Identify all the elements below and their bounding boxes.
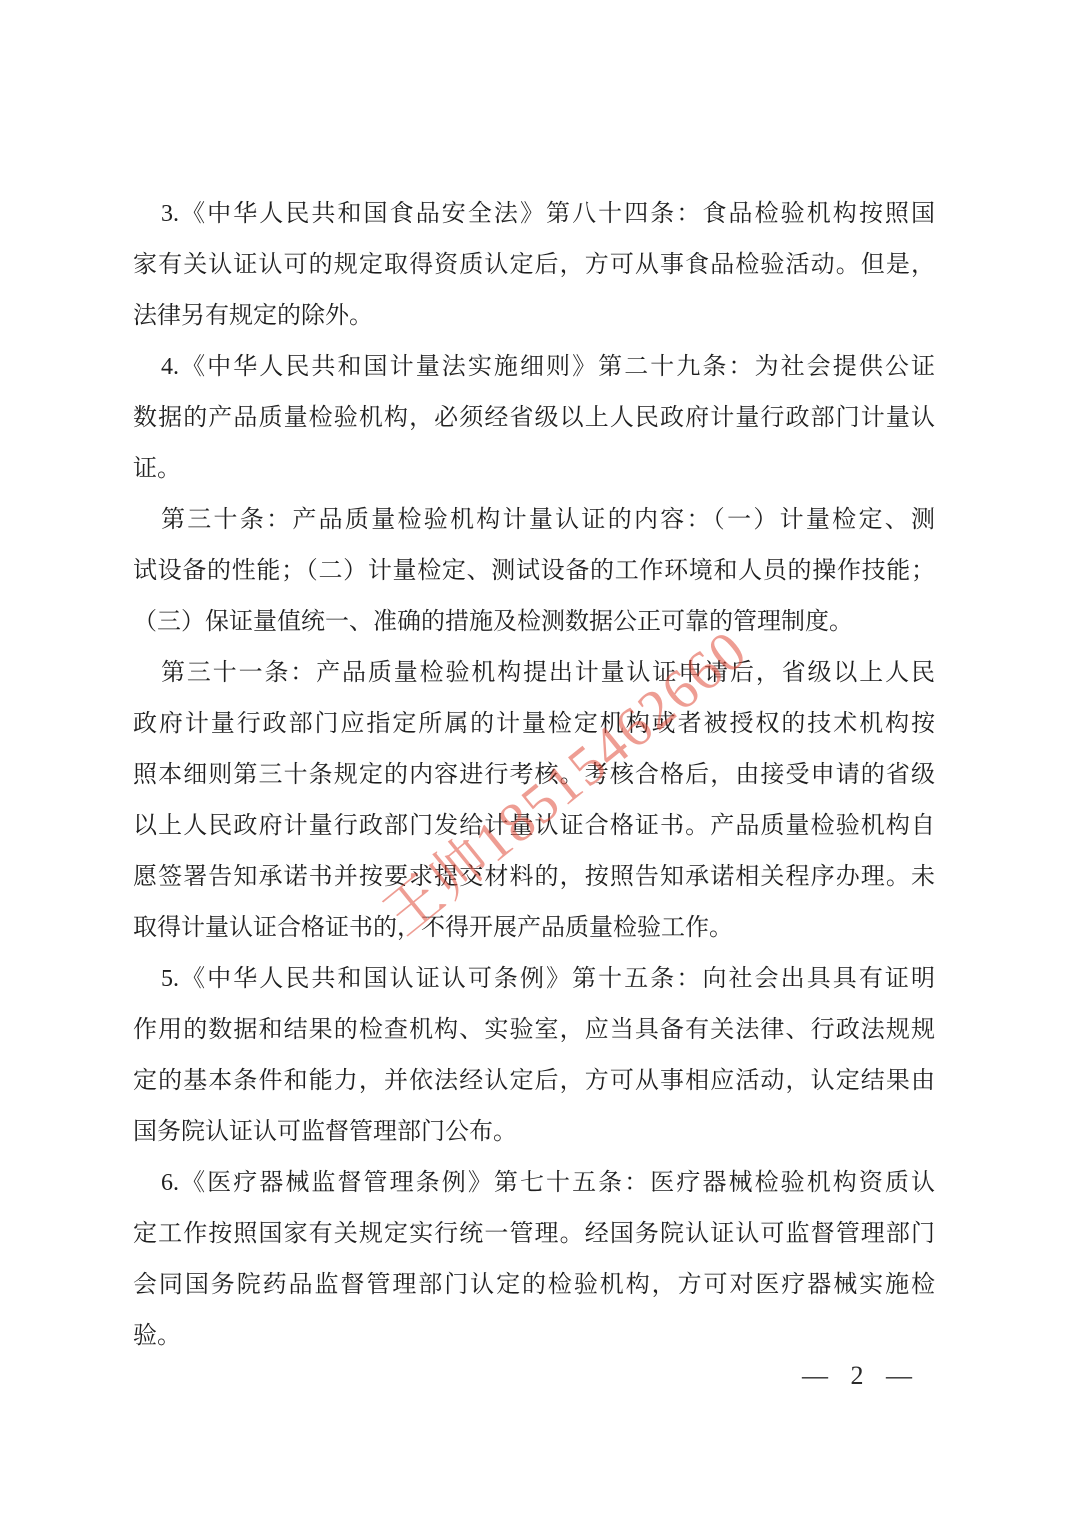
document-body: 3.《中华人民共和国食品安全法》第八十四条：食品检验机构按照国 家有关认证认可的…	[133, 189, 935, 1362]
text-line: 第三十条：产品质量检验机构计量认证的内容：（一）计量检定、测	[133, 495, 935, 546]
text-line: 愿签署告知承诺书并按要求提交材料的，按照告知承诺相关程序办理。未	[133, 852, 935, 903]
text-line: 定工作按照国家有关规定实行统一管理。经国务院认证认可监督管理部门	[133, 1209, 935, 1260]
text-line: 法律另有规定的除外。	[133, 291, 935, 342]
text-line: 证。	[133, 444, 935, 495]
page-number: — 2 —	[802, 1356, 912, 1396]
text-line: 定的基本条件和能力，并依法经认定后，方可从事相应活动，认定结果由	[133, 1056, 935, 1107]
text-line: 国务院认证认可监督管理部门公布。	[133, 1107, 935, 1158]
text-line: （三）保证量值统一、准确的措施及检测数据公正可靠的管理制度。	[133, 597, 935, 648]
text-line: 作用的数据和结果的检查机构、实验室，应当具备有关法律、行政法规规	[133, 1005, 935, 1056]
text-line: 6.《医疗器械监督管理条例》第七十五条：医疗器械检验机构资质认	[133, 1158, 935, 1209]
text-line: 4.《中华人民共和国计量法实施细则》第二十九条：为社会提供公证	[133, 342, 935, 393]
text-line: 数据的产品质量检验机构，必须经省级以上人民政府计量行政部门计量认	[133, 393, 935, 444]
paragraph-clause-3: 3.《中华人民共和国食品安全法》第八十四条：食品检验机构按照国 家有关认证认可的…	[133, 189, 935, 342]
text-line: 试设备的性能；（二）计量检定、测试设备的工作环境和人员的操作技能；	[133, 546, 935, 597]
paragraph-clause-4: 4.《中华人民共和国计量法实施细则》第二十九条：为社会提供公证 数据的产品质量检…	[133, 342, 935, 495]
paragraph-article-30: 第三十条：产品质量检验机构计量认证的内容：（一）计量检定、测 试设备的性能；（二…	[133, 495, 935, 648]
text-line: 以上人民政府计量行政部门发给计量认证合格证书。产品质量检验机构自	[133, 801, 935, 852]
paragraph-article-31: 第三十一条：产品质量检验机构提出计量认证申请后，省级以上人民 政府计量行政部门应…	[133, 648, 935, 954]
text-line: 第三十一条：产品质量检验机构提出计量认证申请后，省级以上人民	[133, 648, 935, 699]
text-line: 3.《中华人民共和国食品安全法》第八十四条：食品检验机构按照国	[133, 189, 935, 240]
text-line: 5.《中华人民共和国认证认可条例》第十五条：向社会出具具有证明	[133, 954, 935, 1005]
text-line: 验。	[133, 1311, 935, 1362]
paragraph-clause-6: 6.《医疗器械监督管理条例》第七十五条：医疗器械检验机构资质认 定工作按照国家有…	[133, 1158, 935, 1362]
text-line: 会同国务院药品监督管理部门认定的检验机构，方可对医疗器械实施检	[133, 1260, 935, 1311]
text-line: 政府计量行政部门应指定所属的计量检定机构或者被授权的技术机构按	[133, 699, 935, 750]
paragraph-clause-5: 5.《中华人民共和国认证认可条例》第十五条：向社会出具具有证明 作用的数据和结果…	[133, 954, 935, 1158]
text-line: 照本细则第三十条规定的内容进行考核。考核合格后，由接受申请的省级	[133, 750, 935, 801]
text-line: 家有关认证认可的规定取得资质认定后，方可从事食品检验活动。但是，	[133, 240, 935, 291]
document-page: 3.《中华人民共和国食品安全法》第八十四条：食品检验机构按照国 家有关认证认可的…	[0, 0, 1080, 1527]
text-line: 取得计量认证合格证书的，不得开展产品质量检验工作。	[133, 903, 935, 954]
